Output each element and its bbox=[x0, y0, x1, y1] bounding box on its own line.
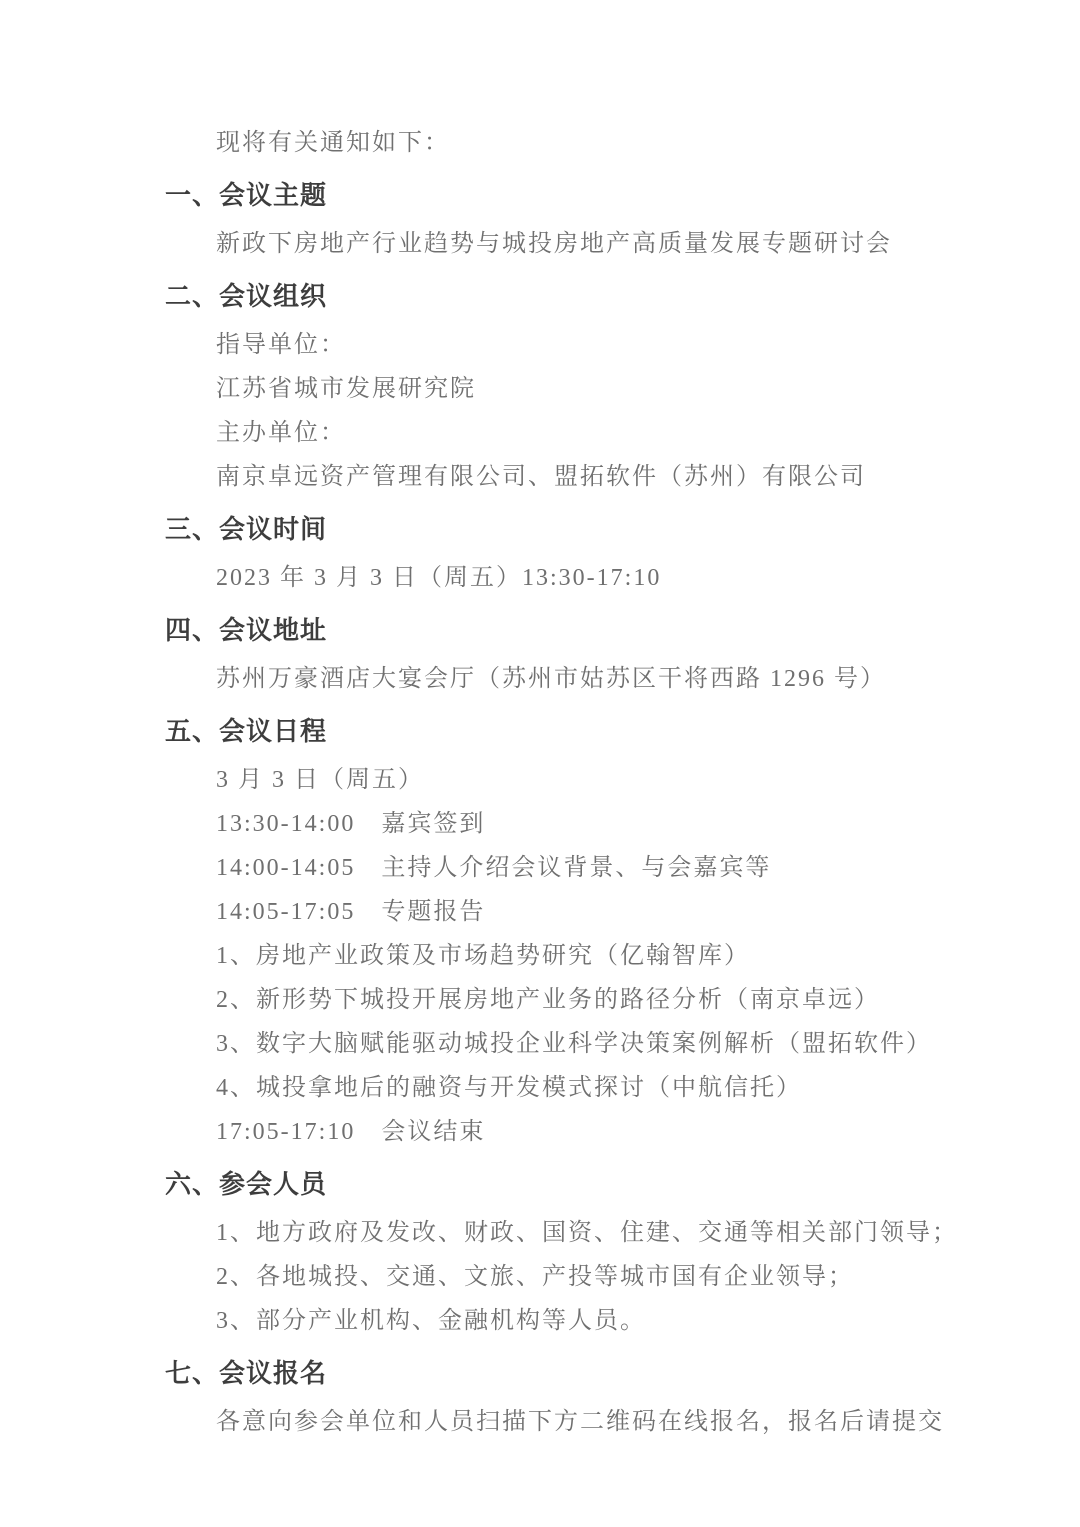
section-heading-attendees: 六、参会人员 bbox=[165, 1161, 1080, 1207]
host-unit-names: 南京卓远资产管理有限公司、盟拓软件（苏州）有限公司 bbox=[216, 455, 1020, 499]
attendee-item-1: 1、地方政府及发改、财政、国资、住建、交通等相关部门领导； bbox=[216, 1211, 1020, 1255]
agenda-item-reports: 14:05-17:05 专题报告 bbox=[216, 890, 1020, 934]
guidance-unit-label: 指导单位： bbox=[216, 323, 1020, 367]
section-heading-time: 三、会议时间 bbox=[165, 506, 1080, 552]
host-unit-label: 主办单位： bbox=[216, 411, 1020, 455]
section-heading-address: 四、会议地址 bbox=[165, 607, 1080, 653]
report-item-4: 4、城投拿地后的融资与开发模式探讨（中航信托） bbox=[216, 1066, 1020, 1110]
agenda-date: 3 月 3 日（周五） bbox=[216, 758, 1020, 802]
guidance-unit-name: 江苏省城市发展研究院 bbox=[216, 367, 1020, 411]
report-item-1: 1、房地产业政策及市场趋势研究（亿翰智库） bbox=[216, 934, 1020, 978]
notice-body: 现将有关通知如下： 一、会议主题 新政下房地产行业趋势与城投房地产高质量发展专题… bbox=[0, 121, 1080, 1444]
report-item-3: 3、数字大脑赋能驱动城投企业科学决策案例解析（盟拓软件） bbox=[216, 1022, 1020, 1066]
agenda-item-closing: 17:05-17:10 会议结束 bbox=[216, 1110, 1020, 1154]
registration-paragraph: 各意向参会单位和人员扫描下方二维码在线报名，报名后请提交 bbox=[216, 1400, 1020, 1444]
agenda-item-signin: 13:30-14:00 嘉宾签到 bbox=[216, 802, 1020, 846]
topic-paragraph: 新政下房地产行业趋势与城投房地产高质量发展专题研讨会 bbox=[216, 222, 1020, 266]
section-heading-topic: 一、会议主题 bbox=[165, 172, 1080, 218]
section-heading-organizers: 二、会议组织 bbox=[165, 273, 1080, 319]
meeting-address: 苏州万豪酒店大宴会厅（苏州市姑苏区干将西路 1296 号） bbox=[216, 657, 1020, 701]
section-heading-registration: 七、会议报名 bbox=[165, 1350, 1080, 1396]
attendee-item-2: 2、各地城投、交通、文旅、产投等城市国有企业领导； bbox=[216, 1255, 1020, 1299]
agenda-item-intro: 14:00-14:05 主持人介绍会议背景、与会嘉宾等 bbox=[216, 846, 1020, 890]
attendee-item-3: 3、部分产业机构、金融机构等人员。 bbox=[216, 1299, 1020, 1343]
document-page: 现将有关通知如下： 一、会议主题 新政下房地产行业趋势与城投房地产高质量发展专题… bbox=[0, 0, 1080, 1527]
intro-paragraph: 现将有关通知如下： bbox=[216, 121, 1020, 165]
meeting-time: 2023 年 3 月 3 日（周五）13:30-17:10 bbox=[216, 556, 1020, 600]
section-heading-agenda: 五、会议日程 bbox=[165, 708, 1080, 754]
report-item-2: 2、新形势下城投开展房地产业务的路径分析（南京卓远） bbox=[216, 978, 1020, 1022]
